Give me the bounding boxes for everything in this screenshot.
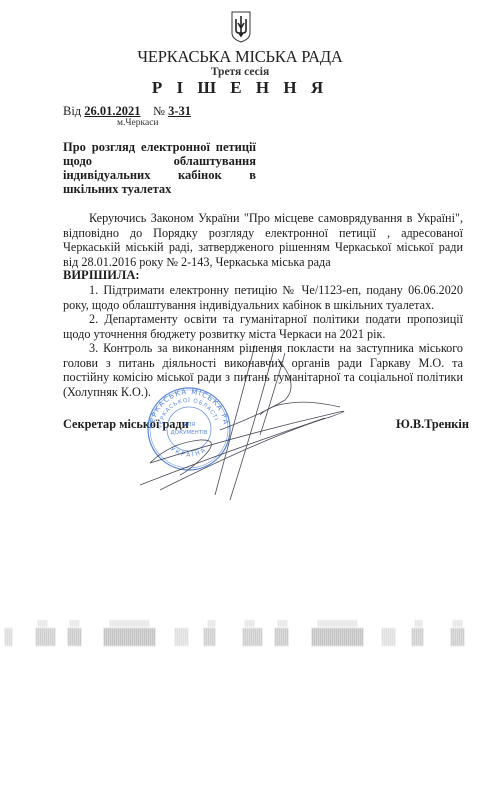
scan-artifact-strip [0, 620, 480, 660]
resolution-item-2: 2. Департаменту освіти та гуманітарної п… [63, 312, 463, 341]
intro-paragraph: Керуючись Законом України "Про місцеве с… [63, 211, 463, 269]
session-label: Третя сесія [0, 66, 480, 78]
council-name: ЧЕРКАСЬКА МІСЬКА РАДА [0, 47, 480, 67]
date-number-line: Від 26.01.2021 № 3-31 [63, 104, 191, 119]
city-label: м.Черкаси [117, 118, 159, 128]
decision-subject: Про розгляд електронної петиції щодо обл… [63, 140, 256, 196]
from-label: Від [63, 104, 81, 118]
signatory-name: Ю.В.Тренкін [396, 417, 469, 432]
resolution-item-1: 1. Підтримати електронну петицію № Че/11… [63, 283, 463, 312]
handwritten-signature [120, 345, 380, 505]
trident-coat-of-arms-icon [231, 11, 251, 43]
decision-date: 26.01.2021 [84, 104, 140, 118]
resolved-label: ВИРІШИЛА: [63, 268, 140, 283]
number-label: № [153, 104, 165, 118]
decision-number: 3-31 [168, 104, 191, 118]
document-type-title: Р І Ш Е Н Н Я [0, 78, 480, 98]
